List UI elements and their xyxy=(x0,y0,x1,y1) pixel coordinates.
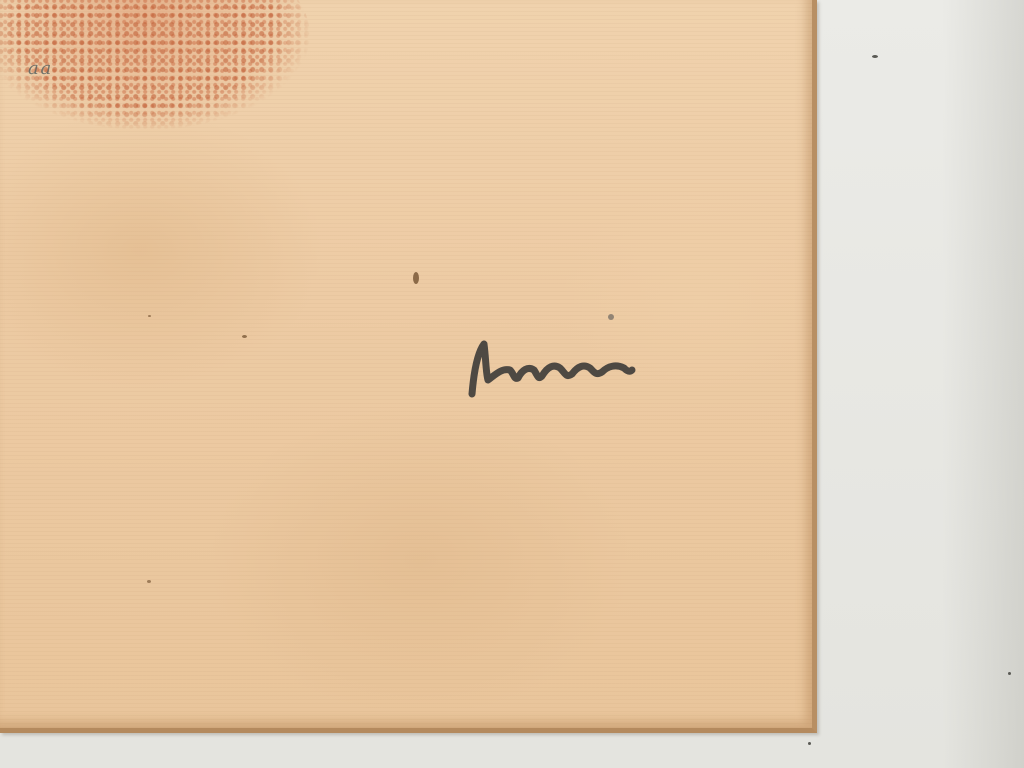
mount-speck xyxy=(872,55,878,58)
chalk-mark: a a xyxy=(28,58,64,84)
artist-signature xyxy=(462,330,642,406)
paper-sheet: a a xyxy=(0,0,817,733)
paper-speck xyxy=(242,335,247,338)
mount-speck xyxy=(1008,672,1011,675)
mount-speck xyxy=(808,742,811,745)
paper-speck xyxy=(147,580,151,583)
paper-speck xyxy=(608,314,614,320)
paper-speck xyxy=(413,272,419,284)
paper-speck xyxy=(148,315,151,317)
